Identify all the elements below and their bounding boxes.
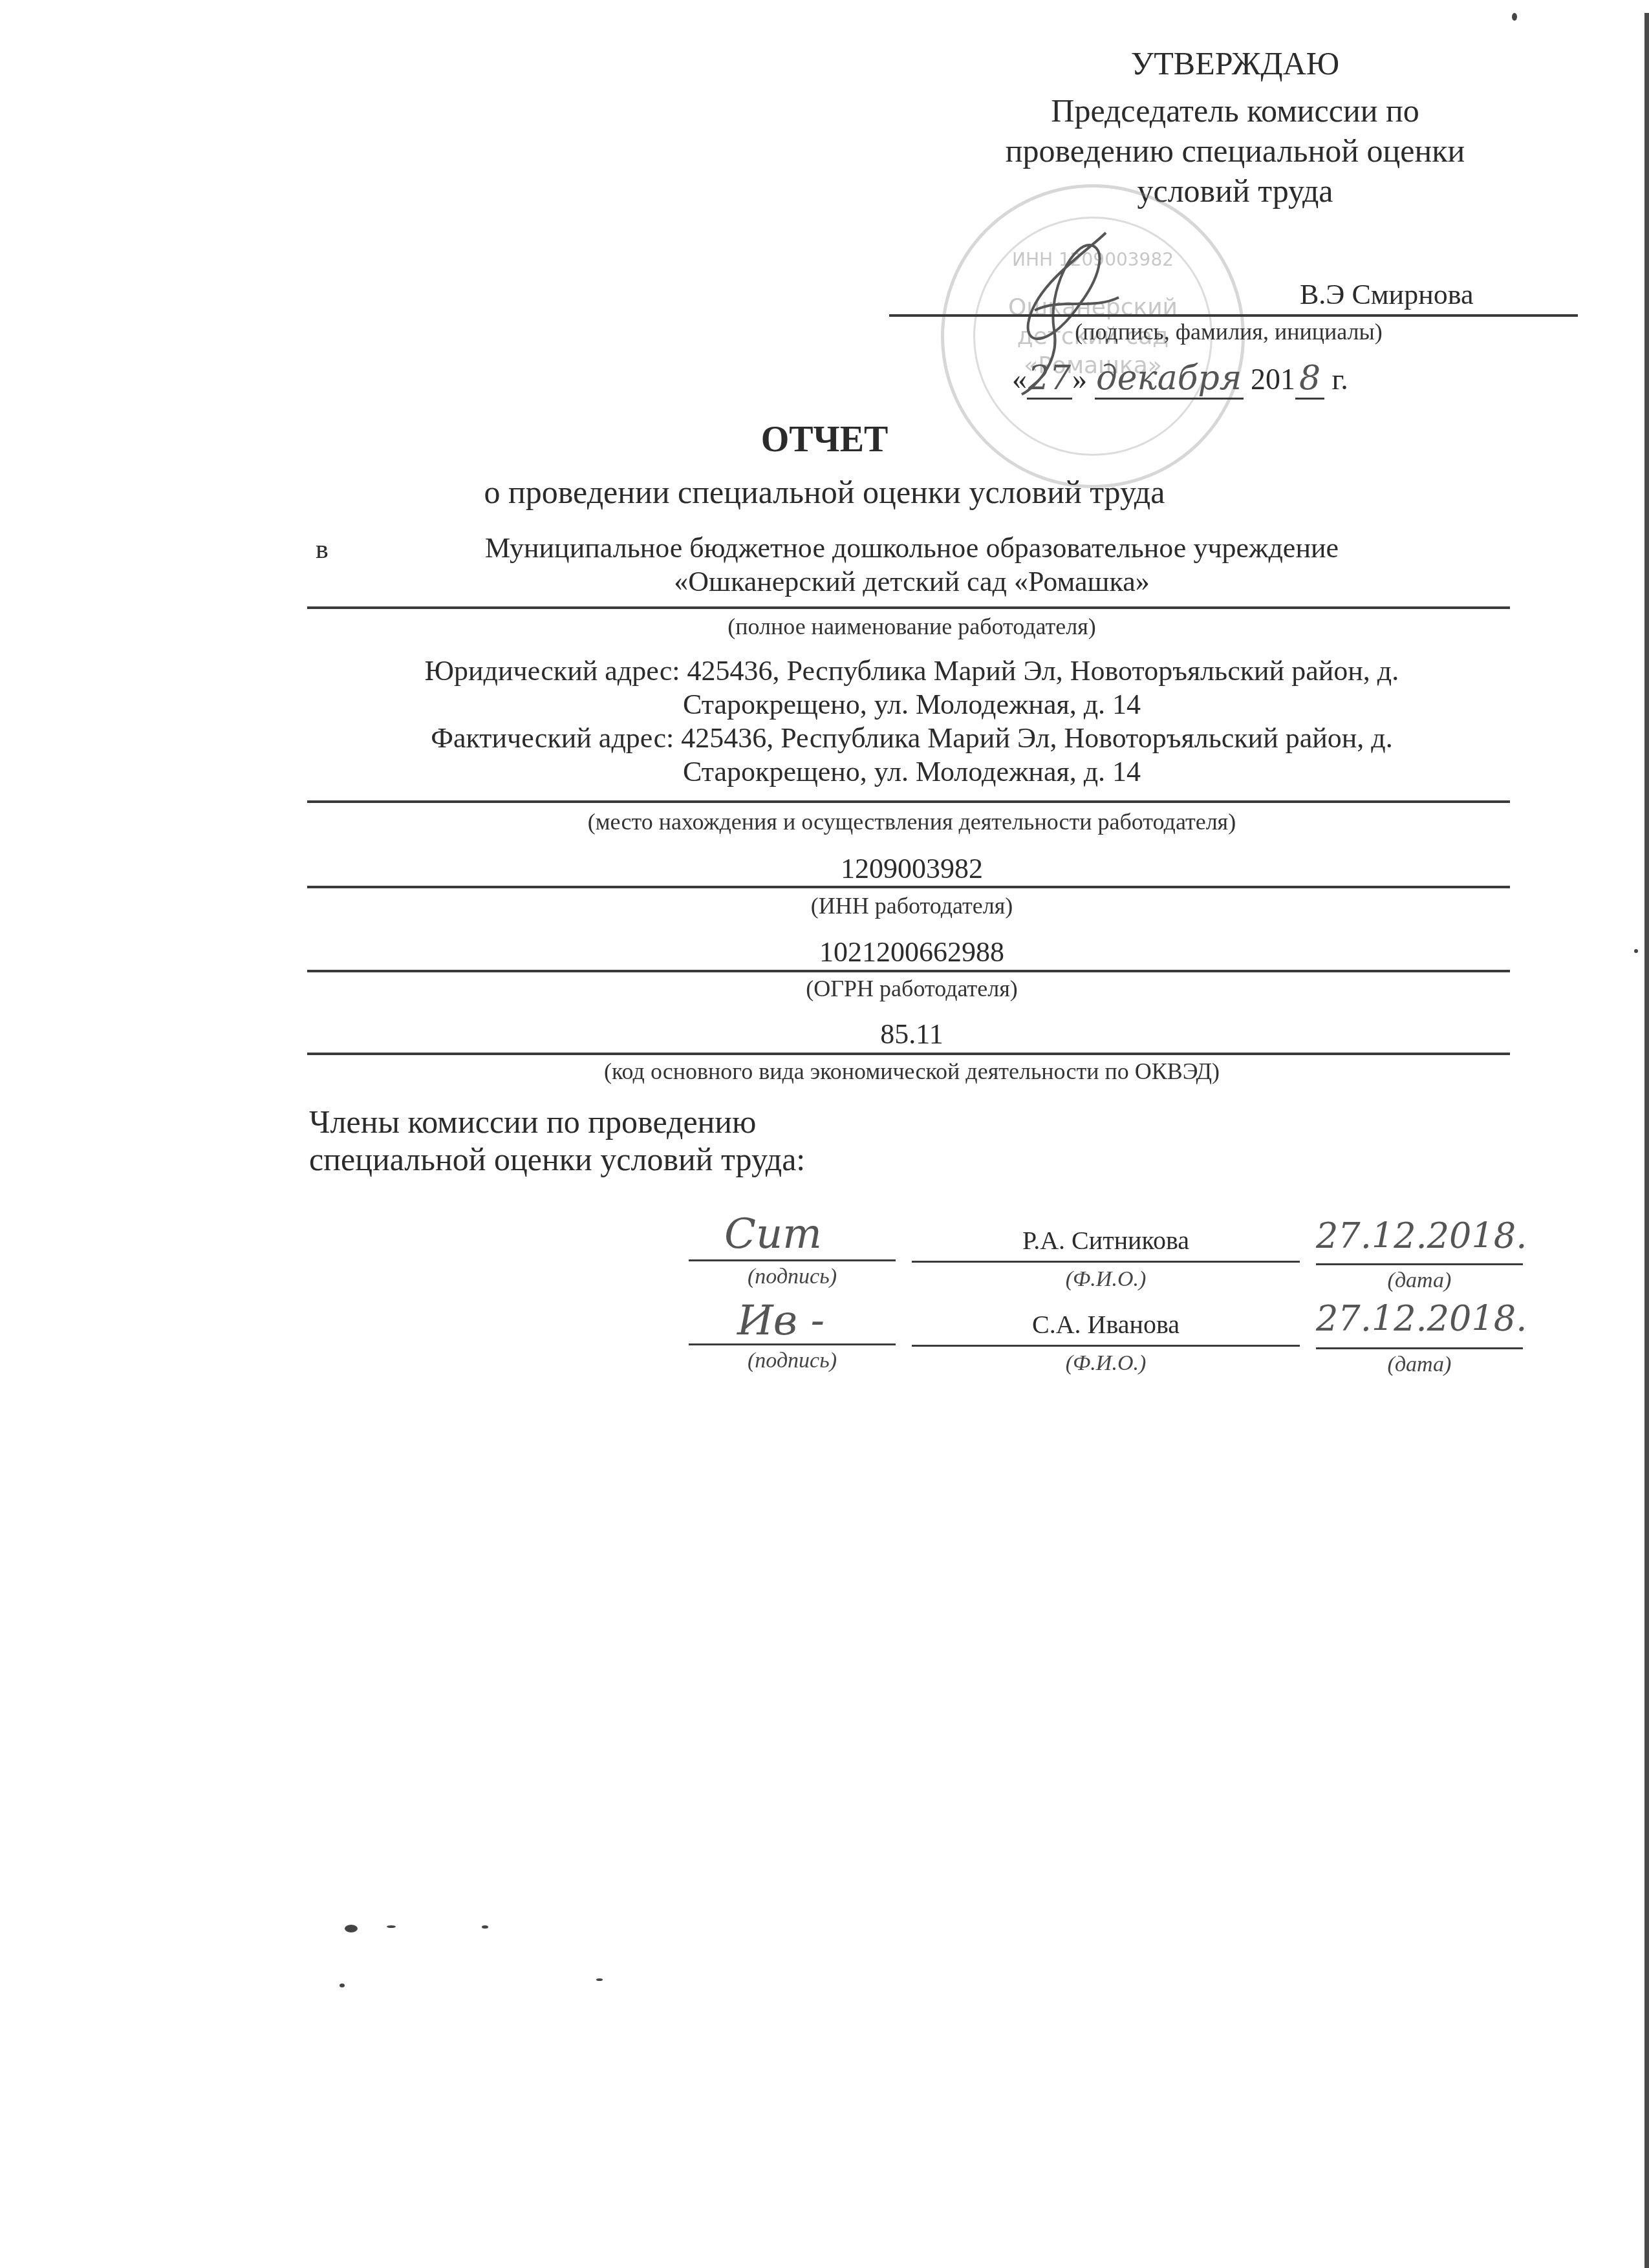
scan-edge [1644, 13, 1649, 2268]
member-2-name: С.А. Иванова [912, 1309, 1300, 1340]
actual-address-line1: Фактический адрес: 425436, Республика Ма… [304, 722, 1520, 755]
member-1-date: 27.12.2018. [1316, 1215, 1523, 1256]
employer-ogrn: 1021200662988 [304, 936, 1520, 968]
date-year-unit: г. [1332, 363, 1348, 396]
date-month: декабря [1095, 359, 1244, 400]
member-2-name-line [912, 1345, 1300, 1347]
date-year-suffix: 8 [1295, 359, 1324, 400]
member-1-name-caption: (Ф.И.О.) [912, 1267, 1300, 1292]
date-day: 27 [1027, 359, 1072, 400]
member-1-signature: Сит [724, 1210, 822, 1258]
okved-line [307, 1053, 1510, 1055]
employer-name-caption: (полное наименование работодателя) [304, 613, 1520, 640]
commission-heading: Члены комиссии по проведению специальной… [309, 1103, 805, 1178]
scan-speck [1512, 13, 1517, 21]
member-2-date: 27.12.2018. [1316, 1298, 1523, 1339]
approval-position-line3: условий труда [892, 171, 1578, 211]
member-1-date-line [1316, 1263, 1523, 1265]
scan-speck [482, 1925, 488, 1929]
approval-heading: УТВЕРЖДАЮ [892, 45, 1578, 81]
date-year-prefix: 201 [1251, 363, 1295, 396]
scan-speck [339, 1984, 345, 1987]
report-subtitle: о проведении специальной оценки условий … [0, 473, 1649, 511]
address-line [307, 800, 1510, 803]
member-2-signature-caption: (подпись) [689, 1349, 896, 1373]
member-2-name-caption: (Ф.И.О.) [912, 1351, 1300, 1376]
approval-date: «27» декабря 2018 г. [1012, 359, 1348, 400]
inn-line [307, 886, 1510, 888]
chairman-name: В.Э Смирнова [1300, 278, 1473, 311]
scan-speck [345, 1925, 358, 1932]
date-open-quote: « [1012, 363, 1027, 396]
ogrn-caption: (ОГРН работодателя) [304, 975, 1520, 1002]
employer-name-line2: «Ошканерский детский сад «Ромашка» [304, 565, 1520, 599]
address-caption: (место нахождения и осуществления деятел… [304, 808, 1520, 835]
date-close-quote: » [1072, 363, 1087, 396]
scan-speck [1634, 949, 1638, 953]
approval-position: Председатель комиссии по проведению спец… [892, 91, 1578, 211]
approval-position-line1: Председатель комиссии по [892, 91, 1578, 131]
scan-speck [387, 1925, 396, 1928]
member-1-date-caption: (дата) [1316, 1268, 1523, 1293]
ogrn-line [307, 970, 1510, 972]
scan-speck [596, 1978, 603, 1981]
employer-addresses: Юридический адрес: 425436, Республика Ма… [304, 654, 1520, 789]
chairman-caption: (подпись, фамилия, инициалы) [1035, 318, 1423, 345]
member-2-signature: Ив - [737, 1297, 824, 1345]
chairman-signature-line [889, 314, 1578, 317]
employer-inn: 1209003982 [304, 852, 1520, 885]
member-1-name: Р.А. Ситникова [912, 1225, 1300, 1256]
approval-position-line2: проведению специальной оценки [892, 131, 1578, 171]
employer-name: Муниципальное бюджетное дошкольное образ… [304, 531, 1520, 599]
member-1-signature-caption: (подпись) [689, 1265, 896, 1289]
inn-caption: (ИНН работодателя) [304, 892, 1520, 919]
member-2-signature-line [689, 1343, 896, 1345]
actual-address-line2: Старокрещено, ул. Молодежная, д. 14 [304, 755, 1520, 789]
commission-heading-line1: Члены комиссии по проведению [309, 1103, 805, 1140]
employer-okved: 85.11 [304, 1018, 1520, 1051]
legal-address-line1: Юридический адрес: 425436, Республика Ма… [304, 654, 1520, 688]
employer-name-line [307, 606, 1510, 609]
member-1-signature-line [689, 1259, 896, 1261]
member-2-date-line [1316, 1347, 1523, 1349]
commission-heading-line2: специальной оценки условий труда: [309, 1140, 805, 1178]
employer-name-line1: Муниципальное бюджетное дошкольное образ… [304, 531, 1520, 565]
okved-caption: (код основного вида экономической деятел… [304, 1058, 1520, 1085]
report-title: ОТЧЕТ [0, 419, 1649, 460]
member-2-date-caption: (дата) [1316, 1353, 1523, 1377]
member-1-name-line [912, 1261, 1300, 1263]
legal-address-line2: Старокрещено, ул. Молодежная, д. 14 [304, 688, 1520, 722]
